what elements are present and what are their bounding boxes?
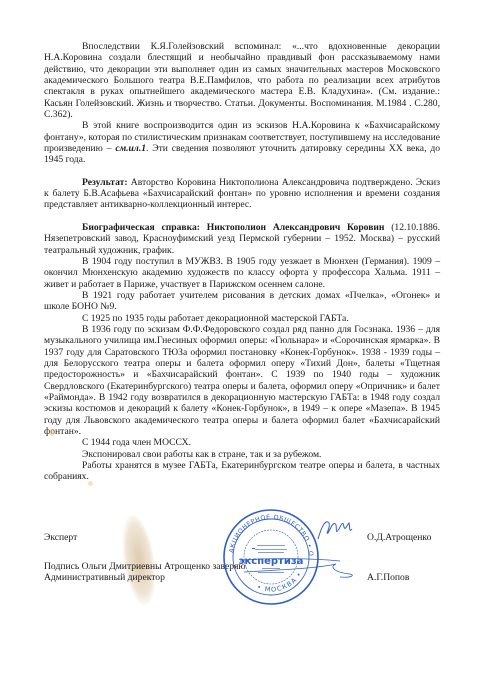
paper-speck	[88, 481, 93, 486]
paragraph-1944: С 1944 года член МОССХ.	[44, 437, 440, 448]
biography-label: Биографическая справка: Никтополион Алек…	[82, 222, 384, 233]
expert-label: Эксперт	[44, 532, 77, 543]
expert-signature-icon	[316, 515, 356, 543]
result-label: Результат:	[82, 177, 128, 188]
paragraph-1936: В 1936 году по эскизам Ф.Ф.Федоровского …	[44, 324, 440, 437]
director-signature-icon	[240, 552, 360, 582]
paper-stain	[118, 513, 160, 606]
paragraph-exhibitions: Экспонировал свои работы как в стране, т…	[44, 449, 440, 460]
paragraph-biography: Биографическая справка: Никтополион Алек…	[44, 222, 440, 256]
document-body: Впоследствии К.Я.Голейзовский вспоминал:…	[44, 41, 440, 483]
illustration-reference: см.ил.1	[115, 143, 146, 154]
paragraph-book-reference: В этой книге воспроизводится один из эск…	[44, 120, 440, 165]
paragraph-result: Результат: Авторство Коровина Никтополио…	[44, 177, 440, 211]
director-name: А.Г.Попов	[367, 572, 409, 583]
paragraph-1904: В 1904 году поступил в МУЖВЗ. В 1905 год…	[44, 256, 440, 290]
director-label: Административный директор	[44, 572, 165, 583]
certification-line: Подпись Ольги Дмитриевны Атрощенко завер…	[44, 561, 246, 572]
paragraph-1925: С 1925 по 1935 годы работает декорационн…	[44, 313, 440, 324]
expert-name: О.Д.Атрощенко	[367, 532, 431, 543]
paper-speck	[49, 430, 55, 436]
paragraph-collections: Работы хранятся в музее ГАБТа, Екатеринб…	[44, 460, 440, 483]
paragraph-1921: В 1921 году работает учителем рисования …	[44, 290, 440, 313]
paragraph-goleizovsky-quote: Впоследствии К.Я.Голейзовский вспоминал:…	[44, 41, 440, 120]
